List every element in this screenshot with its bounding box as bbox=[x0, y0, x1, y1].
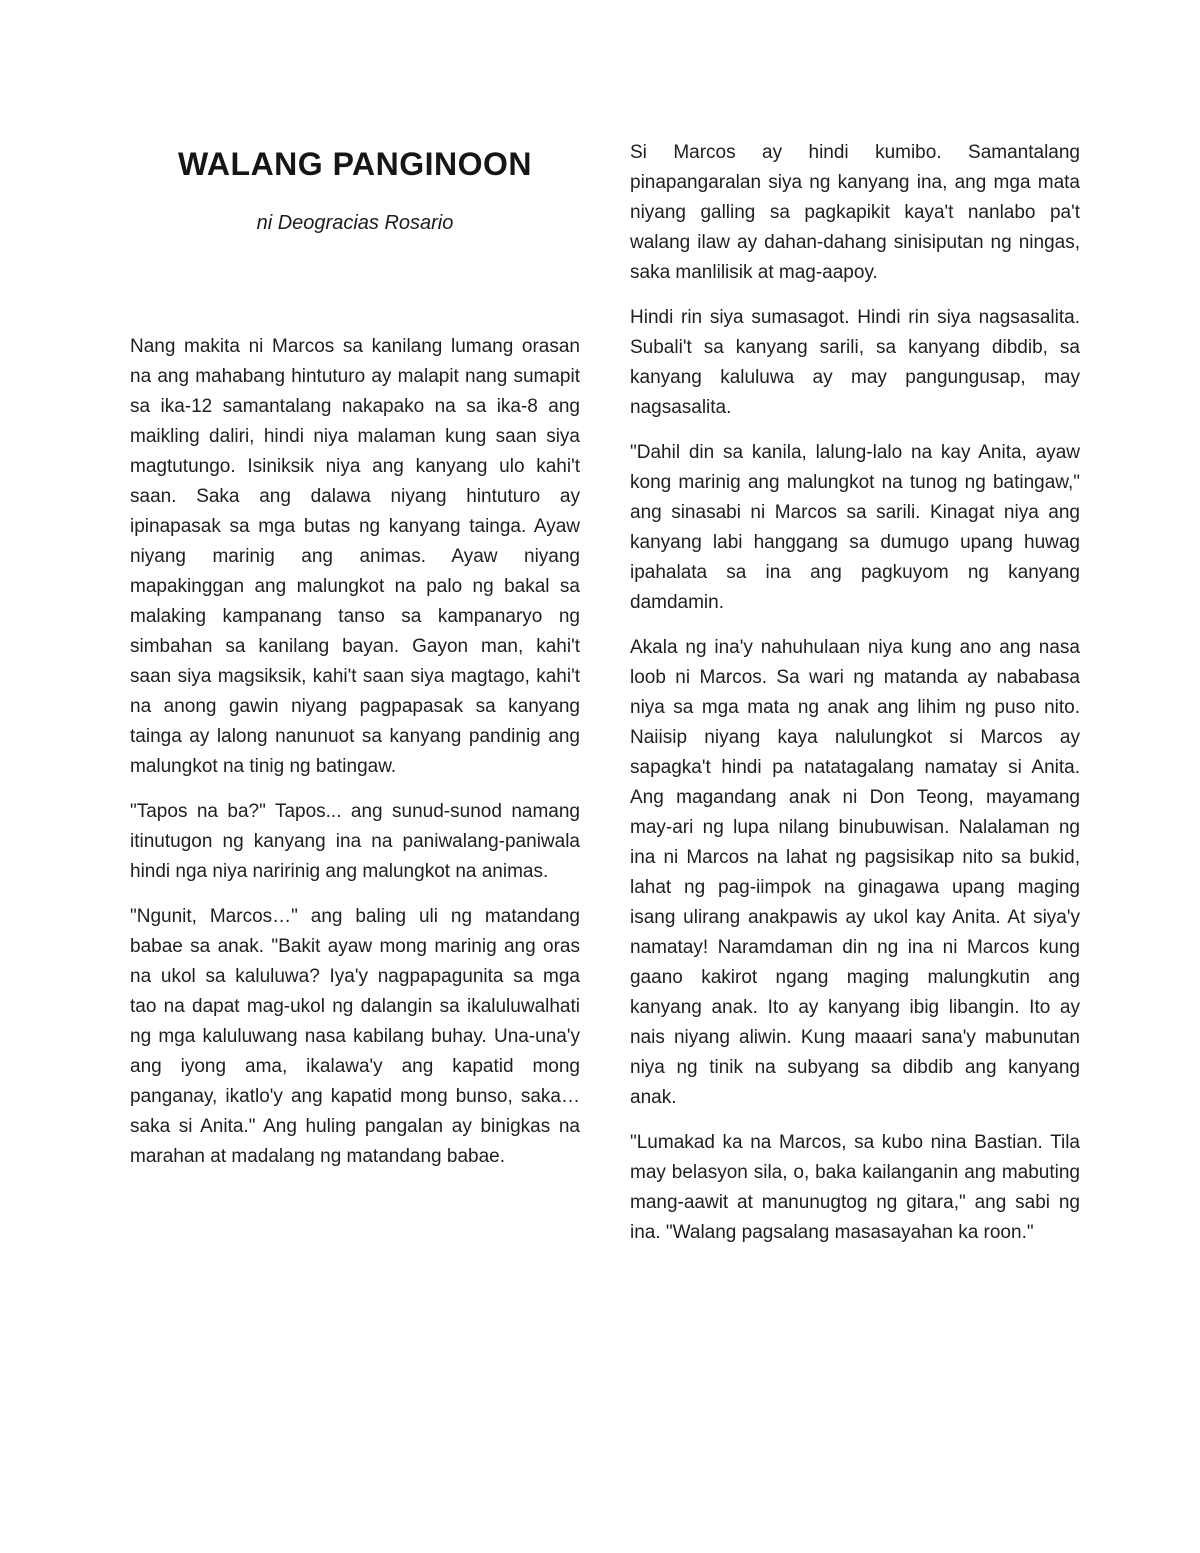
paragraph-right-1: Si Marcos ay hindi kumibo. Samantalang p… bbox=[630, 138, 1080, 288]
right-column: Si Marcos ay hindi kumibo. Samantalang p… bbox=[630, 138, 1080, 1263]
paragraph-left-1: Nang makita ni Marcos sa kanilang lumang… bbox=[130, 332, 580, 782]
paragraph-left-3: "Ngunit, Marcos…" ang baling uli ng mata… bbox=[130, 902, 580, 1172]
paragraph-right-5: "Lumakad ka na Marcos, sa kubo nina Bast… bbox=[630, 1128, 1080, 1248]
story-title: WALANG PANGINOON bbox=[130, 144, 580, 184]
paragraph-right-3: "Dahil din sa kanila, lalung-lalo na kay… bbox=[630, 438, 1080, 618]
paragraph-left-2: "Tapos na ba?" Tapos... ang sunud-sunod … bbox=[130, 797, 580, 887]
story-byline: ni Deogracias Rosario bbox=[130, 210, 580, 236]
left-column: WALANG PANGINOON ni Deogracias Rosario N… bbox=[130, 138, 580, 1263]
paragraph-right-4: Akala ng ina'y nahuhulaan niya kung ano … bbox=[630, 633, 1080, 1113]
document-page: WALANG PANGINOON ni Deogracias Rosario N… bbox=[0, 0, 1200, 1553]
paragraph-right-2: Hindi rin siya sumasagot. Hindi rin siya… bbox=[630, 303, 1080, 423]
two-column-layout: WALANG PANGINOON ni Deogracias Rosario N… bbox=[0, 0, 1200, 1263]
